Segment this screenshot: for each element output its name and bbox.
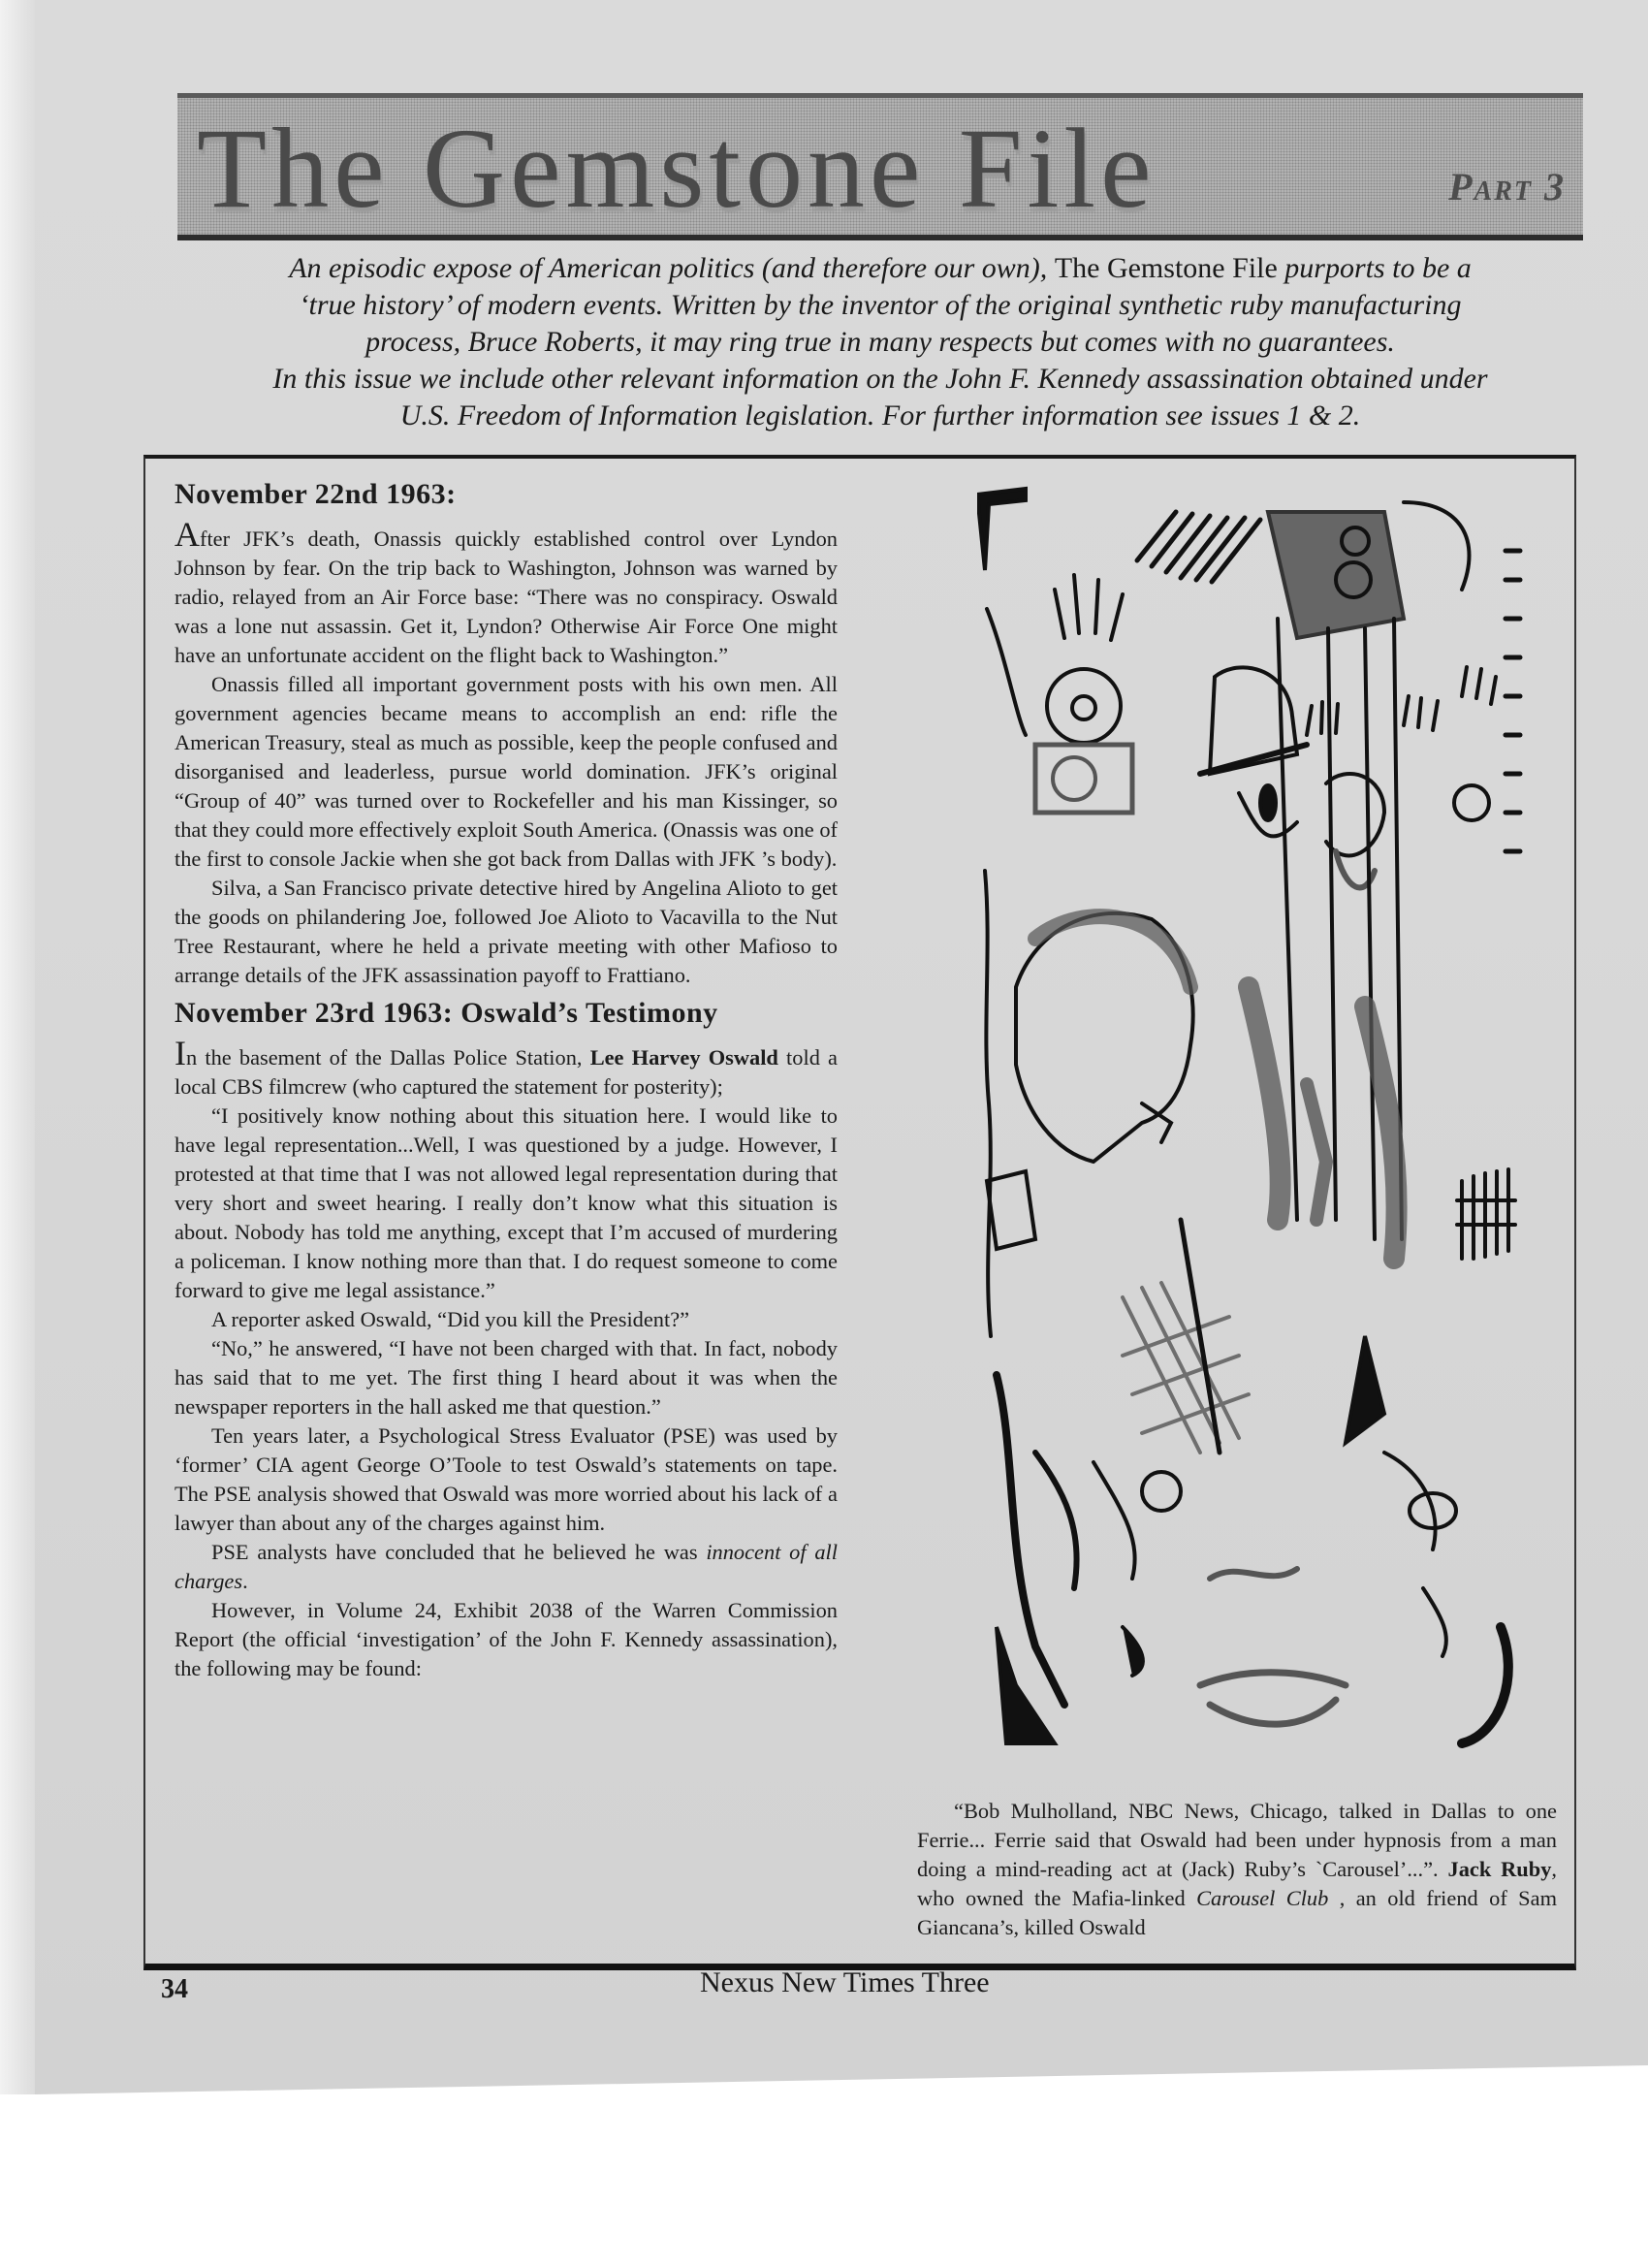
section-heading-nov23: November 23rd 1963: Oswald’s Testimony <box>174 994 838 1033</box>
intro-line-4: In this issue we include other relevant … <box>177 361 1583 398</box>
intro-line-3: process, Bruce Roberts, it may ring true… <box>177 324 1583 361</box>
intro-line-1: An episodic expose of American politics … <box>177 250 1583 287</box>
drop-cap: A <box>174 515 200 554</box>
drop-cap: I <box>174 1034 186 1072</box>
paragraph: In the basement of the Dallas Police Sta… <box>174 1038 838 1102</box>
paragraph: “No,” he answered, “I have not been char… <box>174 1334 838 1421</box>
paragraph: Onassis filled all important government … <box>174 670 838 874</box>
banner-title: The Gemstone File <box>197 106 1156 232</box>
publication-name: The Gemstone File <box>1055 252 1278 284</box>
paragraph: After JFK’s death, Onassis quickly estab… <box>174 520 838 670</box>
article-column: November 22nd 1963: After JFK’s death, O… <box>174 475 838 1683</box>
illustration-caption: “Bob Mulholland, NBC News, Chicago, talk… <box>917 1797 1557 1942</box>
title-banner: The Gemstone File Part 3 <box>177 93 1583 240</box>
paragraph: PSE analysts have concluded that he beli… <box>174 1538 838 1596</box>
emphasis: Carousel Club <box>1196 1886 1328 1910</box>
intro-line-5: U.S. Freedom of Information legislation.… <box>177 398 1583 434</box>
scan-margin <box>0 0 35 2094</box>
paragraph: A reporter asked Oswald, “Did you kill t… <box>174 1305 838 1334</box>
name-highlight: Lee Harvey Oswald <box>590 1045 778 1070</box>
intro-line-2: ‘true history’ of modern events. Written… <box>177 287 1583 324</box>
intro-blurb: An episodic expose of American politics … <box>177 250 1583 434</box>
name-highlight: Jack Ruby <box>1448 1857 1552 1881</box>
section-heading-nov22: November 22nd 1963: <box>174 475 838 514</box>
paragraph: Silva, a San Francisco private detective… <box>174 874 838 990</box>
press-crowd-illustration <box>977 483 1532 1809</box>
page-number: 34 <box>161 1974 188 2005</box>
publication-footer: Nexus New Times Three <box>700 1966 990 1999</box>
paragraph: However, in Volume 24, Exhibit 2038 of t… <box>174 1596 838 1683</box>
caption-text: “Bob Mulholland, NBC News, Chicago, talk… <box>917 1797 1557 1942</box>
paragraph: Ten years later, a Psychological Stress … <box>174 1421 838 1538</box>
banner-part-label: Part 3 <box>1448 164 1566 209</box>
paragraph: “I positively know nothing about this si… <box>174 1102 838 1305</box>
